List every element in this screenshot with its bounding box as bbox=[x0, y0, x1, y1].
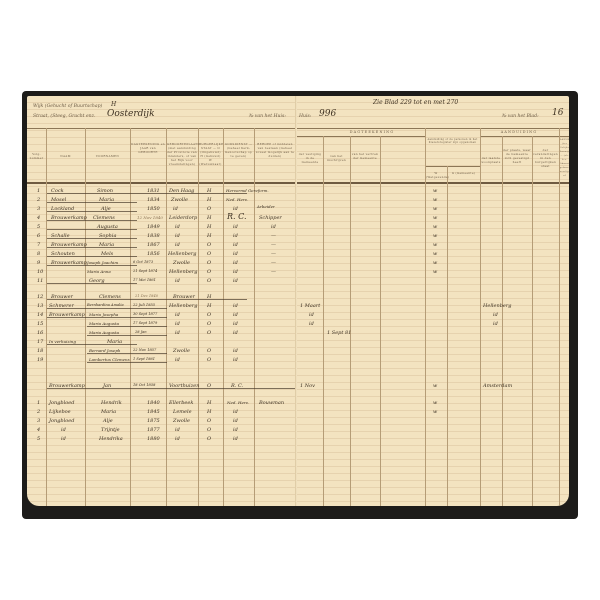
strikethrough-line bbox=[47, 220, 137, 221]
table-cell: Lijkeboe bbox=[49, 409, 71, 415]
table-cell: w bbox=[433, 409, 437, 415]
strikethrough-line bbox=[47, 299, 247, 300]
table-cell: H bbox=[207, 409, 211, 415]
table-cell: Zwolle bbox=[173, 348, 190, 354]
table-cell: 3 bbox=[37, 206, 40, 212]
table-cell: id bbox=[233, 436, 238, 442]
table-cell: — bbox=[271, 251, 276, 257]
table-cell: Zwolle bbox=[173, 418, 190, 424]
table-cell: id bbox=[175, 312, 180, 318]
table-cell: 5 bbox=[37, 436, 40, 442]
table-cell: w bbox=[433, 224, 437, 230]
table-cell: 9 bbox=[37, 260, 40, 266]
col-head-g: G (Gemeente) bbox=[448, 171, 479, 175]
col-head-kiezersregister: Aanduiding of de personen in het Kiezers… bbox=[426, 138, 479, 144]
table-cell: 13 bbox=[37, 303, 43, 309]
huis-label: № van het Huis: bbox=[249, 114, 286, 119]
table-cell: w bbox=[433, 251, 437, 257]
col-head-vestiging: der vestiging in de Gemeente bbox=[298, 152, 322, 164]
table-cell: Lemele bbox=[173, 409, 192, 415]
table-cell: 12 bbox=[37, 294, 43, 300]
table-cell: 1 bbox=[37, 188, 40, 194]
table-cell: id bbox=[175, 242, 180, 248]
table-cell: id bbox=[175, 233, 180, 239]
table-cell: 28 Jan bbox=[135, 330, 147, 334]
table-cell: O bbox=[207, 206, 211, 212]
strikethrough-line bbox=[47, 229, 137, 230]
table-cell: id bbox=[233, 278, 238, 284]
table-cell: 1849 bbox=[147, 224, 160, 230]
table-cell: O bbox=[207, 278, 211, 284]
table-cell: w bbox=[433, 233, 437, 239]
table-cell: Maria bbox=[101, 409, 116, 415]
table-cell: Jongbloed bbox=[49, 400, 74, 406]
table-cell: Ned. Herv. bbox=[227, 400, 249, 405]
wijk-label: Wijk (Gehucht of Buurtschap) bbox=[33, 104, 102, 109]
strikethrough-line bbox=[47, 202, 137, 203]
strikethrough-line bbox=[47, 283, 137, 284]
col-head-burgerlijke-staat: BURGERLIJKE STAAT — O (Ongehuwd) H (Gehu… bbox=[199, 142, 222, 166]
column-header-rule bbox=[297, 182, 569, 184]
table-cell: 1 Nov bbox=[300, 383, 315, 389]
table-cell: id bbox=[175, 427, 180, 433]
table-cell: id bbox=[233, 251, 238, 257]
table-cell: id bbox=[233, 427, 238, 433]
table-cell: 1867 bbox=[147, 242, 160, 248]
strikethrough-line bbox=[47, 247, 137, 248]
col-head-inschrijving: van het inschrijven bbox=[324, 154, 349, 162]
col-head-geboorteplaats: GEBOORTEPLAATS (met aanduiding der Provi… bbox=[167, 142, 197, 166]
blad-label: № van het Blad: bbox=[502, 114, 539, 119]
table-cell: id bbox=[233, 321, 238, 327]
strikethrough-line bbox=[87, 353, 167, 354]
table-cell: w bbox=[433, 188, 437, 194]
table-cell: 1838 bbox=[147, 233, 160, 239]
table-cell: w bbox=[433, 206, 437, 212]
table-cell: H bbox=[207, 224, 211, 230]
table-cell: Trijntje bbox=[101, 427, 120, 433]
table-cell: id bbox=[173, 206, 178, 212]
table-cell: Alje bbox=[103, 418, 113, 424]
table-cell: 1856 bbox=[147, 251, 160, 257]
col-divider bbox=[198, 128, 199, 506]
table-cell: 15 bbox=[37, 321, 43, 327]
table-cell: id bbox=[233, 312, 238, 318]
table-cell: 21 Dec 1840 bbox=[135, 294, 158, 298]
table-cell: O bbox=[207, 242, 211, 248]
strikethrough-line bbox=[47, 317, 167, 318]
huis-value: 996 bbox=[319, 109, 336, 119]
table-cell: O bbox=[207, 269, 211, 275]
table-cell: 2 bbox=[37, 409, 40, 415]
table-cell: 7 bbox=[37, 242, 40, 248]
table-cell: Hellenberg bbox=[168, 251, 196, 257]
table-cell: id bbox=[309, 312, 314, 318]
table-cell: 18 bbox=[37, 348, 43, 354]
table-cell: O bbox=[207, 348, 211, 354]
table-cell: id bbox=[175, 224, 180, 230]
wijk-value: H bbox=[111, 101, 116, 108]
straat-label: Straat, (Steeg, Gracht enz. bbox=[33, 114, 96, 119]
table-cell: w bbox=[433, 269, 437, 275]
table-cell: Maria Anna bbox=[87, 269, 111, 274]
table-cell: Ned. Herv. bbox=[226, 197, 248, 202]
table-cell: — bbox=[271, 242, 276, 248]
col-divider bbox=[350, 136, 351, 506]
table-cell: 8 bbox=[37, 251, 40, 257]
table-cell: Bouwman bbox=[259, 400, 284, 406]
table-cell: id bbox=[271, 224, 276, 230]
table-cell: Jongbloed bbox=[49, 418, 74, 424]
table-cell: Ellerbeek bbox=[169, 400, 193, 406]
col-divider bbox=[380, 136, 381, 506]
header-rule bbox=[27, 128, 297, 129]
table-cell: H bbox=[207, 400, 211, 406]
table-cell: H bbox=[207, 233, 211, 239]
strikethrough-line bbox=[47, 265, 137, 266]
table-cell: id bbox=[493, 312, 498, 318]
table-cell: id bbox=[233, 260, 238, 266]
table-cell: 3 bbox=[37, 418, 40, 424]
left-page: Wijk (Gehucht of Buurtschap) H Straat, (… bbox=[27, 96, 297, 506]
table-cell: w bbox=[433, 400, 437, 406]
table-cell: 22 Juli 1855 bbox=[133, 303, 155, 307]
strikethrough-line bbox=[47, 308, 167, 309]
table-cell: id bbox=[309, 321, 314, 327]
right-page: Huis: 996 Zie Blad 229 tot en met 270 № … bbox=[297, 96, 569, 506]
table-cell: 4 bbox=[37, 215, 40, 221]
table-cell: 6 bbox=[37, 233, 40, 239]
table-cell: w bbox=[433, 260, 437, 266]
col-divider bbox=[502, 136, 503, 506]
table-cell: id bbox=[233, 233, 238, 239]
cross-reference-note: Zie Blad 229 tot en met 270 bbox=[373, 99, 458, 106]
col-divider bbox=[425, 128, 426, 506]
table-cell: id bbox=[175, 357, 180, 363]
table-cell: 1 Sept 1861 bbox=[133, 357, 155, 361]
strikethrough-line bbox=[87, 326, 167, 327]
col-divider bbox=[480, 128, 481, 506]
strikethrough-line bbox=[47, 193, 247, 194]
table-cell: id bbox=[233, 409, 238, 415]
blad-value: 16 bbox=[552, 108, 563, 118]
strikethrough-line bbox=[87, 335, 167, 336]
table-cell: H bbox=[207, 215, 211, 221]
table-cell: 1875 bbox=[147, 418, 160, 424]
table-cell: Hellenberg bbox=[169, 303, 197, 309]
table-cell: id bbox=[493, 321, 498, 327]
table-cell: id bbox=[233, 269, 238, 275]
col-head-volg: Volg-nummer bbox=[28, 152, 45, 160]
table-cell: 2 bbox=[37, 197, 40, 203]
table-cell: 1834 bbox=[147, 197, 160, 203]
table-cell: 17 Mei 1861 bbox=[133, 278, 156, 282]
col-head-beroep: BEROEP of middelen van bestaan (Geheel z… bbox=[255, 142, 295, 158]
table-cell: 4 bbox=[37, 427, 40, 433]
inschrijving-date: 1 Sept 81 bbox=[327, 330, 351, 336]
table-cell: H bbox=[207, 303, 211, 309]
table-cell: O bbox=[207, 436, 211, 442]
table-cell: 5 bbox=[37, 224, 40, 230]
huis-label-cont: Huis: bbox=[299, 114, 311, 119]
col-head-dagtekening: DAGTEEKENING en JAAR van GEBOORTE bbox=[131, 142, 165, 154]
table-cell: 1880 bbox=[147, 436, 160, 442]
vestiging-date: 1 Maart bbox=[300, 303, 320, 309]
table-cell: Zwolle bbox=[173, 260, 190, 266]
table-cell: 19 bbox=[37, 357, 43, 363]
table-cell: 17 Sept 1879 bbox=[133, 321, 157, 325]
group-head-aanduiding: AANDUIDING bbox=[483, 130, 555, 134]
col-divider bbox=[532, 136, 533, 506]
table-cell: id bbox=[233, 242, 238, 248]
header-rule bbox=[297, 128, 569, 129]
table-cell: R. C. bbox=[227, 212, 247, 221]
strikethrough-line bbox=[47, 256, 137, 257]
table-cell: 1845 bbox=[147, 409, 160, 415]
col-head-naam: NAAM bbox=[47, 154, 84, 158]
table-cell: 17 bbox=[37, 339, 43, 345]
table-cell: id bbox=[61, 427, 66, 433]
table-cell: O bbox=[207, 312, 211, 318]
table-cell: O bbox=[207, 321, 211, 327]
table-cell: id bbox=[175, 330, 180, 336]
strikethrough-line bbox=[47, 388, 297, 389]
col-head-vertrek: van het vertrek der Gemeente bbox=[351, 152, 379, 160]
table-cell: Zwolle bbox=[171, 197, 188, 203]
table-cell: Hendrika bbox=[99, 436, 123, 442]
col-head-voornamen: VOORNAMEN bbox=[86, 154, 129, 158]
table-cell: 1 bbox=[37, 400, 40, 406]
group-head-dagtekening: DAGTEEKENING bbox=[327, 130, 417, 134]
strikethrough-line bbox=[87, 362, 167, 363]
table-cell: w bbox=[433, 197, 437, 203]
table-cell: Amsterdam bbox=[483, 383, 512, 389]
table-cell: w bbox=[433, 215, 437, 221]
col-head-vorige-woonplaats: der laatste woonplaats bbox=[481, 156, 501, 164]
table-cell: Hellenberg bbox=[169, 269, 197, 275]
strikethrough-line bbox=[47, 344, 137, 345]
col-divider bbox=[254, 128, 255, 506]
column-header-rule bbox=[27, 182, 297, 184]
straat-value: Oosterdijk bbox=[107, 109, 155, 119]
table-cell: 11 bbox=[37, 278, 43, 284]
table-cell: Hendrik bbox=[101, 400, 122, 406]
table-cell: 22 Nov 1857 bbox=[133, 348, 156, 352]
strikethrough-line bbox=[47, 238, 137, 239]
table-cell: id bbox=[175, 436, 180, 442]
table-cell: id bbox=[233, 303, 238, 309]
table-cell: Schipper bbox=[259, 215, 282, 221]
col-divider bbox=[323, 136, 324, 506]
table-cell: 1840 bbox=[147, 400, 160, 406]
table-cell: — bbox=[271, 269, 276, 275]
table-cell: 1877 bbox=[147, 427, 160, 433]
table-cell: 1850 bbox=[147, 206, 160, 212]
table-cell: — bbox=[271, 233, 276, 239]
col-head-aanmerkingen: AANMERKINGEN (ter Gelijke Aanwijzing) — … bbox=[560, 138, 569, 178]
table-cell: 10 bbox=[37, 269, 43, 275]
vorige-woonplaats: Hellenberg bbox=[483, 303, 511, 309]
col-head-nieuwe-woonplaats: der plaats, waar de Gemeente zich gevest… bbox=[503, 148, 531, 164]
col-head-godsdienst: GODSDIENST — (Geheel Kerk-Genootschap op… bbox=[224, 142, 253, 158]
table-cell: id bbox=[233, 357, 238, 363]
table-cell: w bbox=[433, 383, 437, 389]
col-head-verandering: der veranderingen in den burgerlijken st… bbox=[533, 148, 558, 168]
table-cell: O bbox=[207, 427, 211, 433]
table-cell: id bbox=[233, 330, 238, 336]
table-cell: 6 Oct 1873 bbox=[133, 260, 153, 264]
group-rule bbox=[297, 136, 425, 137]
table-cell: Leiderdorp bbox=[169, 215, 197, 221]
table-cell: id bbox=[175, 321, 180, 327]
table-cell: 30 Sept 1877 bbox=[133, 312, 157, 316]
col-divider bbox=[223, 128, 224, 506]
table-cell: 18 Oct 1858 bbox=[133, 383, 155, 387]
table-cell: O bbox=[207, 251, 211, 257]
table-cell: id bbox=[61, 436, 66, 442]
table-cell: Bernhardina Amalia bbox=[87, 303, 124, 307]
group-rule bbox=[425, 166, 480, 167]
col-head-w: W (Wetgevende) bbox=[426, 171, 446, 179]
group-rule bbox=[480, 136, 569, 137]
table-cell: O bbox=[207, 260, 211, 266]
table-cell: Arbeider bbox=[257, 204, 275, 209]
col-divider bbox=[447, 166, 448, 506]
table-cell: w bbox=[433, 242, 437, 248]
strikethrough-line bbox=[47, 211, 137, 212]
table-cell: id bbox=[233, 418, 238, 424]
table-cell: id bbox=[175, 278, 180, 284]
table-cell: 12 Nov 1840 bbox=[137, 215, 163, 220]
table-cell: 16 bbox=[37, 330, 43, 336]
table-cell: id bbox=[233, 348, 238, 354]
table-cell: 14 bbox=[37, 312, 43, 318]
table-cell: id bbox=[233, 224, 238, 230]
table-cell: — bbox=[271, 260, 276, 266]
table-cell: 21 Sept 1874 bbox=[133, 269, 157, 273]
col-divider bbox=[559, 128, 560, 506]
table-cell: O bbox=[207, 357, 211, 363]
table-cell: O bbox=[207, 330, 211, 336]
table-cell: H bbox=[207, 197, 211, 203]
table-cell: O bbox=[207, 418, 211, 424]
